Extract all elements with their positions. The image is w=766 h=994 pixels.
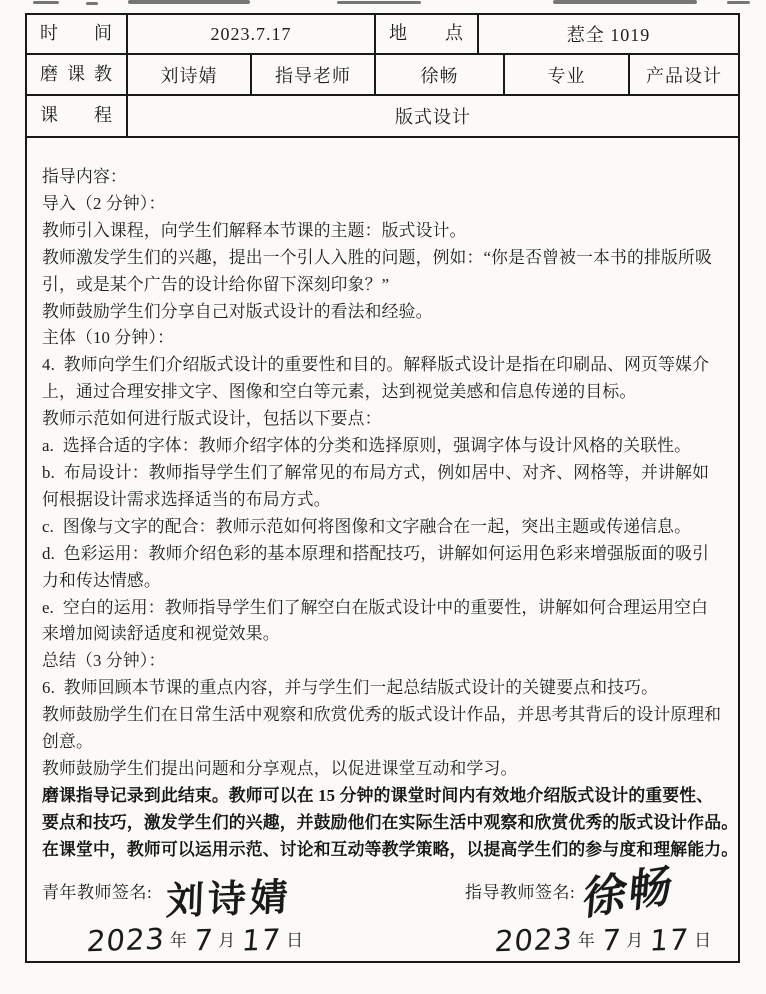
content-line: 总结（3 分钟）： bbox=[42, 648, 724, 675]
advisor-date: 2023年7月17日 bbox=[495, 923, 718, 957]
time-value: 2023.7.17 bbox=[128, 15, 376, 53]
content-line: b. 布局设计：教师指导学生们了解常见的布局方式，例如居中、对齐、网格等，并讲解… bbox=[42, 460, 724, 487]
content-line: a. 选择合适的字体：教师介绍字体的分类和选择原则，强调字体与设计风格的关联性。 bbox=[42, 433, 724, 460]
content-line: c. 图像与文字的配合：教师示范如何将图像和文字融合在一起，突出主题或传递信息。 bbox=[42, 514, 724, 541]
content-line: 创意。 bbox=[42, 729, 724, 756]
scan-artifact-dash bbox=[86, 2, 98, 5]
course-value: 版式设计 bbox=[128, 96, 738, 136]
advisor-label: 指导老师 bbox=[252, 55, 376, 94]
guidance-content-cell: 指导内容： 导入（2 分钟）： 教师引入课程，向学生们解释本节课的主题：版式设计… bbox=[27, 138, 738, 963]
scan-artifact-dash bbox=[337, 1, 421, 4]
young-teacher-date: 2023年7月17日 bbox=[87, 923, 310, 957]
day-value: 17 bbox=[241, 922, 283, 957]
major-label: 专业 bbox=[505, 55, 630, 94]
place-value: 惹全 1019 bbox=[479, 15, 738, 53]
content-line: 教师鼓励学生们分享自己对版式设计的看法和经验。 bbox=[42, 299, 724, 326]
day-value: 17 bbox=[649, 922, 691, 957]
advisor-value: 徐畅 bbox=[376, 55, 505, 94]
year-value: 2023 bbox=[493, 922, 574, 959]
year-unit: 年 bbox=[578, 931, 595, 950]
content-line: e. 空白的运用：教师指导学生们了解空白在版式设计中的重要性，讲解如何合理运用空… bbox=[42, 595, 724, 622]
content-line: 教师示范如何进行版式设计，包括以下要点： bbox=[42, 406, 724, 433]
content-line: 引，或是某个广告的设计给你留下深刻印象？” bbox=[42, 272, 724, 299]
content-line: 力和传达情感。 bbox=[42, 568, 724, 595]
content-line: 来增加阅读舒适度和视觉效果。 bbox=[42, 621, 724, 648]
advisor-signature: 徐畅 bbox=[581, 848, 678, 928]
content-line: 教师引入课程，向学生们解释本节课的主题：版式设计。 bbox=[42, 218, 724, 245]
content-line: 要点和技巧，激发学生们的兴趣，并鼓励他们在实际生活中观察和欣赏优秀的版式设计作品… bbox=[42, 810, 724, 837]
young-teacher-signature-label: 青年教师签名: bbox=[42, 882, 152, 904]
day-unit: 日 bbox=[286, 931, 303, 950]
content-line: 何根据设计需求选择适当的布局方式。 bbox=[42, 487, 724, 514]
month-unit: 月 bbox=[626, 931, 643, 950]
content-line: 教师鼓励学生们提出问题和分享观点，以促进课堂互动和学习。 bbox=[42, 756, 724, 783]
content-line: 教师鼓励学生们在日常生活中观察和欣赏优秀的版式设计作品，并思考其背后的设计原理和 bbox=[42, 702, 724, 729]
content-line: 主体（10 分钟）： bbox=[42, 325, 724, 352]
major-value: 产品设计 bbox=[630, 55, 738, 94]
place-label: 地点 bbox=[376, 15, 479, 53]
young-teacher-signature: 刘诗婧 bbox=[165, 866, 293, 925]
month-value: 7 bbox=[192, 923, 215, 958]
header-row-teachers: 磨课教师 刘诗婧 指导老师 徐畅 专业 产品设计 bbox=[27, 55, 738, 96]
content-line: 6. 教师回顾本节课的重点内容，并与学生们一起总结版式设计的关键要点和技巧。 bbox=[42, 675, 724, 702]
scanned-document-page: 时间 2023.7.17 地点 惹全 1019 磨课教师 刘诗婧 指导老师 徐畅… bbox=[0, 0, 766, 994]
content-line: 上，通过合理安排文字、图像和空白等元素，达到视觉美感和信息传递的目标。 bbox=[42, 379, 724, 406]
course-label: 课程 bbox=[27, 96, 128, 136]
year-value: 2023 bbox=[85, 922, 166, 959]
scan-artifact-dash bbox=[33, 1, 59, 4]
content-line: 4. 教师向学生们介绍版式设计的重要性和目的。解释版式设计是指在印刷品、网页等媒… bbox=[42, 352, 724, 379]
content-line: 指导内容： bbox=[42, 164, 724, 191]
lesson-teacher-value: 刘诗婧 bbox=[128, 55, 252, 94]
year-unit: 年 bbox=[170, 931, 187, 950]
content-line: d. 色彩运用：教师介绍色彩的基本原理和搭配技巧，讲解如何运用色彩来增强版面的吸… bbox=[42, 541, 724, 568]
time-label: 时间 bbox=[27, 15, 128, 53]
content-line: 磨课指导记录到此结束。教师可以在 15 分钟的课堂时间内有效地介绍版式设计的重要… bbox=[42, 783, 724, 810]
month-unit: 月 bbox=[218, 931, 235, 950]
scan-artifact-dash bbox=[727, 1, 750, 4]
header-row-course: 课程 版式设计 bbox=[27, 96, 738, 138]
content-line: 导入（2 分钟）： bbox=[42, 191, 724, 218]
guidance-text: 指导内容： 导入（2 分钟）： 教师引入课程，向学生们解释本节课的主题：版式设计… bbox=[27, 138, 738, 864]
content-line: 教师激发学生们的兴趣，提出一个引人入胜的问题，例如：“你是否曾被一本书的排版所吸 bbox=[42, 245, 724, 272]
lesson-teacher-label: 磨课教师 bbox=[27, 55, 128, 94]
scan-artifact-dash bbox=[128, 0, 250, 4]
month-value: 7 bbox=[600, 923, 623, 958]
advisor-signature-label: 指导教师签名: bbox=[465, 882, 575, 904]
record-table: 时间 2023.7.17 地点 惹全 1019 磨课教师 刘诗婧 指导老师 徐畅… bbox=[25, 13, 740, 963]
day-unit: 日 bbox=[694, 931, 711, 950]
scan-artifact-dash bbox=[553, 0, 697, 4]
header-row-time-place: 时间 2023.7.17 地点 惹全 1019 bbox=[27, 15, 738, 55]
